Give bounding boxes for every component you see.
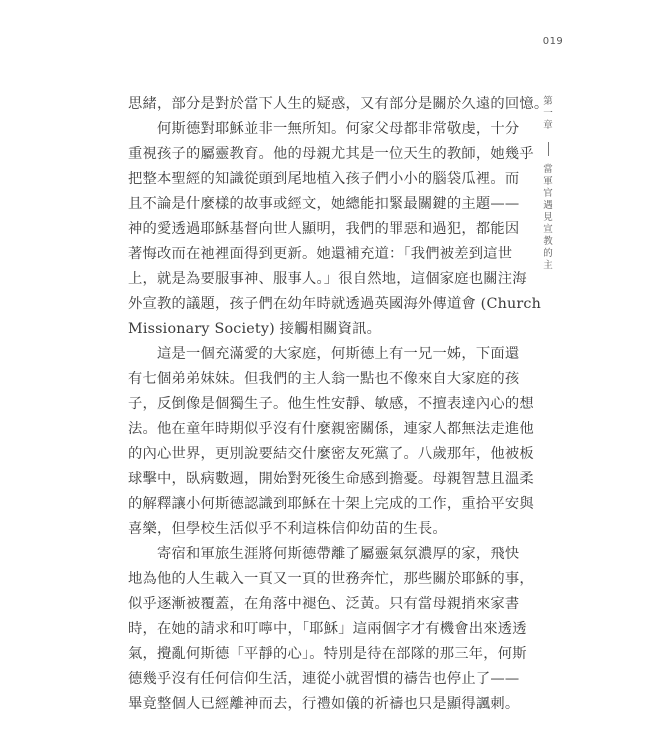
- text-line: 的內心世界，更別說要結交什麼密友死黨了。八歲那年，他被板: [128, 442, 492, 467]
- text-line: 地為他的人生載入一頁又一頁的世務奔忙，那些關於耶穌的事，: [128, 567, 492, 592]
- running-title-char: 軍: [543, 176, 553, 188]
- running-title-char: 宣: [543, 224, 553, 236]
- text-line: 外宣教的議題，孩子們在幼年時就透過英國海外傳道會 (Church: [128, 292, 492, 317]
- text-line: 的解釋讓小何斯德認識到耶穌在十架上完成的工作，重拾平安與: [128, 492, 492, 517]
- running-title-char: 遇: [543, 200, 553, 212]
- text-line: 這是一個充滿愛的大家庭，何斯德上有一兄一姊，下面還: [128, 342, 492, 367]
- chapter-running-title: 第 一 章 當 軍 官 遇 見 宣 教 的 主: [540, 96, 556, 272]
- text-line: 有七個弟弟妹妹。但我們的主人翁一點也不像來自大家庭的孩: [128, 367, 492, 392]
- running-title-char: 官: [543, 188, 553, 200]
- body-text: 思緒，部分是對於當下人生的疑惑，又有部分是關於久遠的回憶。何斯德對耶穌並非一無所…: [128, 92, 492, 717]
- page-number: 019: [538, 36, 568, 47]
- text-line: 時，在她的請求和叮嚀中，「耶穌」這兩個字才有機會出來透透: [128, 617, 492, 642]
- text-line: 神的愛透過耶穌基督向世人顯明，我們的罪惡和過犯，都能因: [128, 217, 492, 242]
- text-line: 何斯德對耶穌並非一無所知。何家父母都非常敬虔，十分: [128, 117, 492, 142]
- text-line: 上，就是為要服事神、服事人。」很自然地，這個家庭也關注海: [128, 267, 492, 292]
- text-line: 德幾乎沒有任何信仰生活，連從小就習慣的禱告也停止了——: [128, 667, 492, 692]
- running-title-char: 見: [543, 212, 553, 224]
- text-line: 畢竟整個人已經離神而去，行禮如儀的祈禱也只是顯得諷刺。: [128, 692, 492, 717]
- text-line: 著悔改而在祂裡面得到更新。她還補充道：「我們被差到這世: [128, 242, 492, 267]
- running-title-char: 當: [543, 164, 553, 176]
- text-line: 重視孩子的屬靈教育。他的母親尤其是一位天生的教師，她幾乎: [128, 142, 492, 167]
- text-line: Missionary Society) 接觸相關資訊。: [128, 317, 492, 342]
- text-line: 喜樂，但學校生活似乎不利這株信仰幼苗的生長。: [128, 517, 492, 542]
- running-title-char: 主: [543, 260, 553, 272]
- text-line: 把整本聖經的知識從頭到尾地植入孩子們小小的腦袋瓜裡。而: [128, 167, 492, 192]
- text-line: 氣，攪亂何斯德「平靜的心」。特別是待在部隊的那三年，何斯: [128, 642, 492, 667]
- text-line: 思緒，部分是對於當下人生的疑惑，又有部分是關於久遠的回憶。: [128, 92, 492, 117]
- text-line: 寄宿和軍旅生涯將何斯德帶離了屬靈氣氛濃厚的家，飛快: [128, 542, 492, 567]
- text-line: 且不論是什麼樣的故事或經文，她總能扣緊最關鍵的主題——: [128, 192, 492, 217]
- text-line: 球擊中，臥病數週，開始對死後生命感到擔憂。母親智慧且溫柔: [128, 467, 492, 492]
- running-title-char: 的: [543, 248, 553, 260]
- text-line: 法。他在童年時期似乎沒有什麼親密關係，連家人都無法走進他: [128, 417, 492, 442]
- running-title-char: 教: [543, 236, 553, 248]
- text-line: 似乎逐漸被覆蓋，在角落中褪色、泛黃。只有當母親捎來家書: [128, 592, 492, 617]
- running-title-char: 章: [543, 120, 553, 132]
- text-line: 子，反倒像是個獨生子。他生性安靜、敏感，不擅表達內心的想: [128, 392, 492, 417]
- running-title-dash: [548, 142, 549, 156]
